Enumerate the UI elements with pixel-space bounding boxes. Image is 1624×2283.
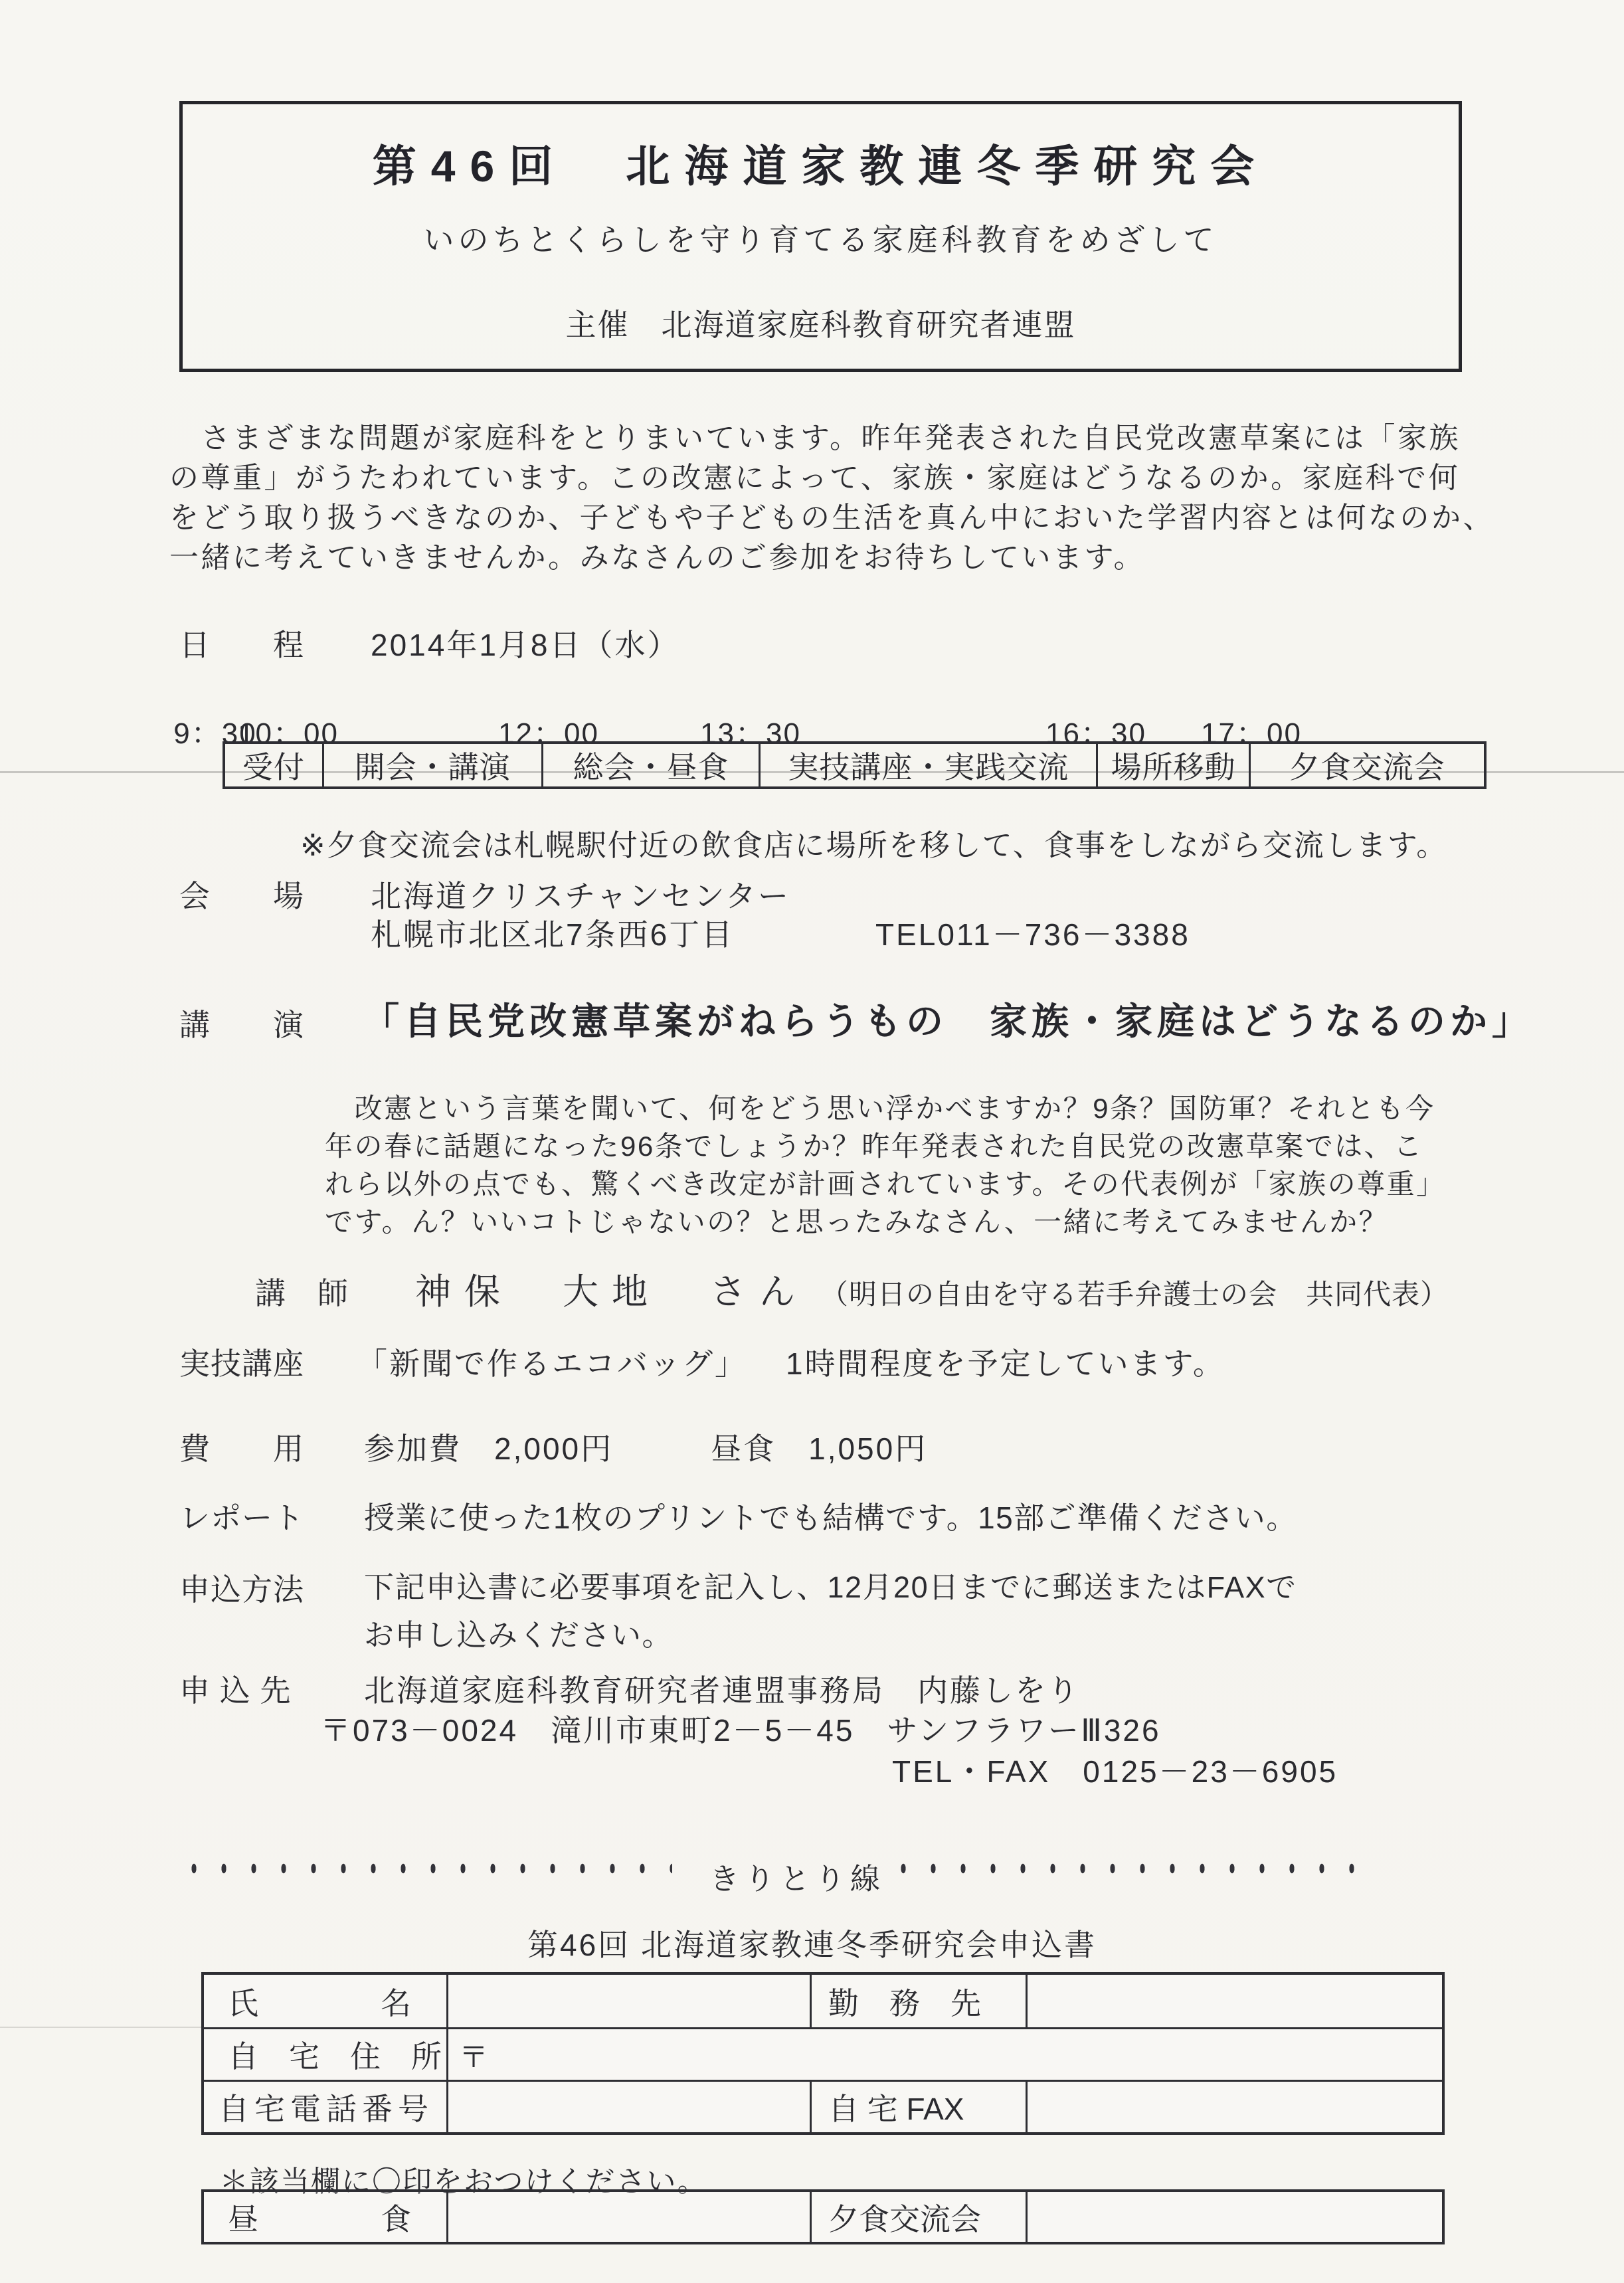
- schedule-cell: 開会・講演: [322, 744, 541, 786]
- timeline-times: 9：3010：0012：0013：3016：3017：00: [0, 709, 1624, 743]
- name-field-cell: [446, 1975, 810, 2027]
- intro-line: さまざまな問題が家庭科をとりまいています。昨年発表された自民党改憲草案には「家族: [169, 418, 1494, 458]
- intro-line: をどう取り扱うべきなのか、子どもや子どもの生活を真ん中においた学習内容とは何なの…: [169, 498, 1494, 538]
- venue-label: 会 場: [179, 881, 304, 911]
- lecture-description-line: 年の春に話題になった96条でしょうか？昨年発表された自民党の改憲草案では、こ: [325, 1127, 1446, 1165]
- schedule-cell: 総会・昼食: [541, 744, 759, 786]
- schedule-table: 受付開会・講演総会・昼食実技講座・実践交流場所移動夕食交流会: [223, 741, 1487, 789]
- home-fax-field-cell: [1026, 2082, 1442, 2132]
- cutline-label: きりとり線: [709, 1855, 885, 1898]
- application-form-table: 氏 名 勤 務 先 自 宅 住 所 〒 自宅電話番号 自 宅 FAX: [201, 1972, 1445, 2135]
- apply-to-telfax: TEL・FAX 0125－23－6905: [892, 1756, 1338, 1787]
- workshop-duration: 1時間程度を予定しています。: [786, 1348, 1225, 1379]
- lecture-description-line: れら以外の点でも、驚くべき改定が計画されています。その代表例が「家族の尊重」: [325, 1165, 1446, 1203]
- venue-address: 札幌市北区北7条西6丁目: [371, 919, 734, 950]
- form-row-meals: 昼 食 夕食交流会: [204, 2192, 1442, 2242]
- form-row-home-address: 自 宅 住 所 〒: [204, 2027, 1442, 2080]
- lecturer-name: 神保 大地 さん: [415, 1274, 808, 1310]
- meal-form-table: 昼 食 夕食交流会: [201, 2189, 1445, 2244]
- home-fax-label: 自 宅 FAX: [810, 2082, 1026, 2132]
- cut-dots-left: [187, 1861, 672, 1876]
- event-subtitle: いのちとくらしを守り育てる家庭科教育をめざして: [183, 216, 1459, 260]
- scan-artifact-streak-2: [0, 2027, 201, 2028]
- schedule-date: 2014年1月8日（水）: [371, 630, 680, 660]
- intro-line: の尊重」がうたわれています。この改憲によって、家族・家庭はどうなるのか。家庭科で…: [169, 458, 1494, 498]
- organizer-line: 主催 北海道家庭科教育研究者連盟: [183, 301, 1459, 345]
- schedule-note: ※夕食交流会は札幌駅付近の飲食店に場所を移して、食事をしながら交流します。: [300, 821, 1447, 864]
- lecturer-label: 講 師: [255, 1278, 349, 1309]
- apply-method-label: 申込方法: [179, 1574, 304, 1605]
- lecturer-affiliation: （明日の自由を守る若手弁護士の会 共同代表）: [820, 1281, 1449, 1309]
- application-form-title: 第46回 北海道家教連冬季研究会申込書: [0, 1921, 1624, 1965]
- home-phone-label: 自宅電話番号: [204, 2082, 446, 2132]
- venue-tel: TEL011－736－3388: [875, 919, 1190, 950]
- lunch-label: 昼 食: [204, 2192, 446, 2242]
- workshop-label: 実技講座: [179, 1348, 304, 1379]
- dinner-party-label: 夕食交流会: [810, 2192, 1026, 2242]
- home-phone-field-cell: [446, 2082, 810, 2132]
- report-label: レポート: [179, 1503, 304, 1533]
- apply-method-line: 下記申込書に必要事項を記入し、12月20日までに郵送またはFAXで: [364, 1564, 1297, 1611]
- workplace-label: 勤 務 先: [810, 1975, 1026, 2027]
- lunch-field-cell: [446, 2192, 810, 2242]
- fee-label: 費 用: [179, 1433, 304, 1464]
- dinner-party-field-cell: [1026, 2192, 1442, 2242]
- schedule-cell: 実技講座・実践交流: [759, 744, 1096, 786]
- fee-text: 参加費 2,000円 昼食 1,050円: [364, 1433, 927, 1464]
- apply-to-address: 〒073－0024 滝川市東町2－5－45 サンフラワーⅢ326: [320, 1715, 1161, 1746]
- schedule-label: 日 程: [179, 630, 304, 660]
- schedule-cell: 受付: [225, 744, 322, 786]
- schedule-cell: 夕食交流会: [1249, 744, 1484, 786]
- lecture-description-line: です。ん？いいコトじゃないの？と思ったみなさん、一緒に考えてみませんか？: [325, 1203, 1446, 1241]
- scanned-flyer-page: 第46回 北海道家教連冬季研究会 いのちとくらしを守り育てる家庭科教育をめざして…: [0, 0, 1624, 2283]
- home-address-field-cell: 〒: [446, 2029, 1442, 2080]
- event-title: 第46回 北海道家教連冬季研究会: [183, 131, 1459, 194]
- workplace-field-cell: [1026, 1975, 1442, 2027]
- form-row-phone: 自宅電話番号 自 宅 FAX: [204, 2080, 1442, 2132]
- apply-to-label: 申 込 先: [179, 1675, 292, 1706]
- apply-method-line: お申し込みください。: [364, 1611, 1297, 1659]
- venue-name: 北海道クリスチャンセンター: [371, 881, 790, 911]
- apply-method-text: 下記申込書に必要事項を記入し、12月20日までに郵送またはFAXでお申し込みくだ…: [364, 1564, 1297, 1659]
- lecture-title: 「自民党改憲草案がねらうもの 家族・家庭はどうなるのか」: [362, 1003, 1534, 1040]
- form-row-name: 氏 名 勤 務 先: [204, 1975, 1442, 2027]
- apply-to-office: 北海道家庭科教育研究者連盟事務局 内藤しをり: [364, 1675, 1080, 1706]
- lecture-description-line: 改憲という言葉を聞いて、何をどう思い浮かべますか？9条？国防軍？それとも今: [325, 1089, 1446, 1127]
- postal-mark: 〒: [459, 2033, 488, 2076]
- cut-dots-right: [897, 1861, 1370, 1876]
- lecture-description: 改憲という言葉を聞いて、何をどう思い浮かべますか？9条？国防軍？それとも今年の春…: [325, 1089, 1446, 1241]
- intro-paragraph: さまざまな問題が家庭科をとりまいています。昨年発表された自民党改憲草案には「家族…: [169, 418, 1494, 578]
- workshop-title: 「新聞で作るエコバッグ」: [357, 1348, 747, 1379]
- schedule-cell: 場所移動: [1096, 744, 1248, 786]
- home-address-label: 自 宅 住 所: [204, 2029, 446, 2080]
- lecture-label: 講 演: [179, 1010, 304, 1040]
- header-box: 第46回 北海道家教連冬季研究会 いのちとくらしを守り育てる家庭科教育をめざして…: [179, 101, 1462, 372]
- name-label: 氏 名: [204, 1975, 446, 2027]
- report-text: 授業に使った1枚のプリントでも結構です。15部ご準備ください。: [364, 1503, 1298, 1533]
- intro-line: 一緒に考えていきませんか。みなさんのご参加をお待ちしています。: [169, 538, 1494, 578]
